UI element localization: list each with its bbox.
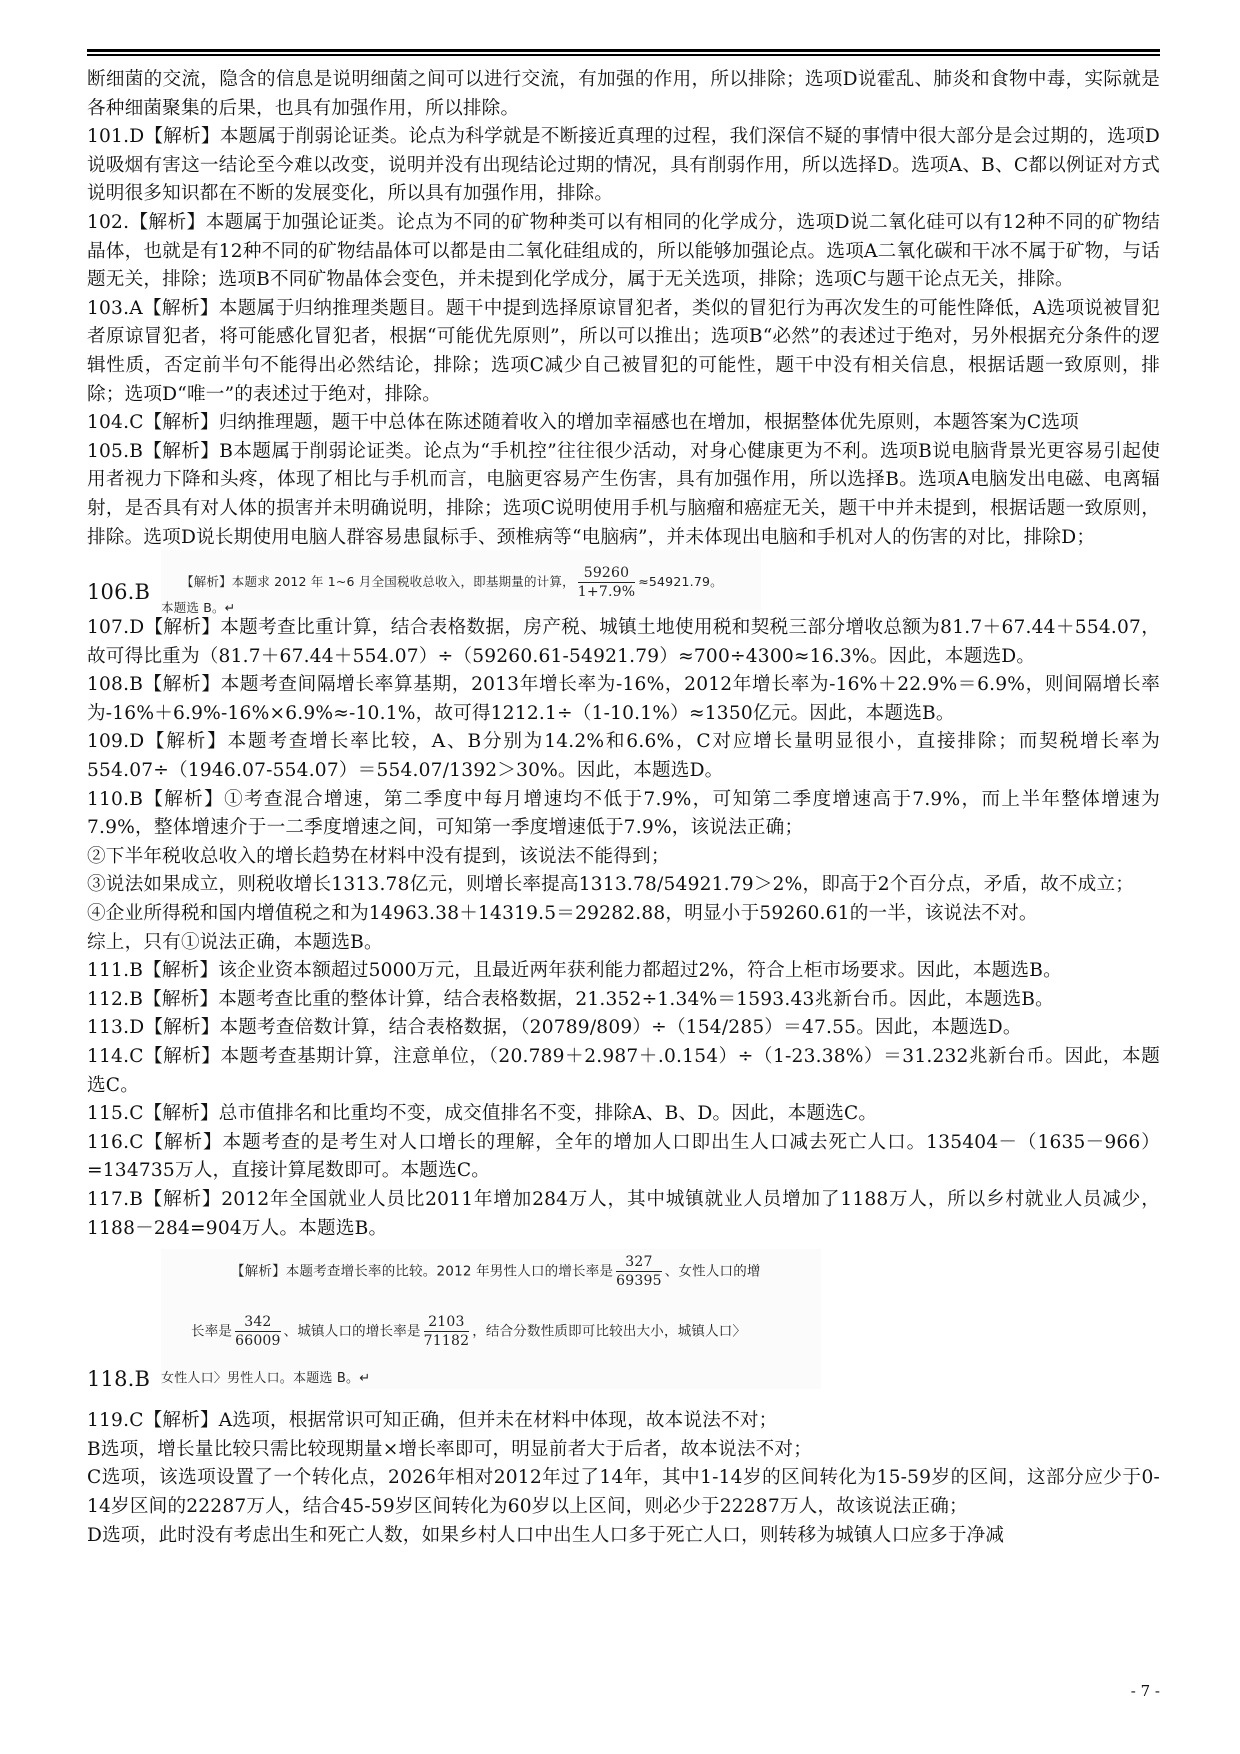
answer-118: 【解析】本题考查增长率的比较。2012 年男性人口的增长率是32769395、女… [87, 1249, 1160, 1399]
fraction-denominator: 66009 [235, 1332, 281, 1350]
embedded-image-106: 【解析】本题求 2012 年 1~6 月全国税收总收入，即基期量的计算，5926… [161, 550, 761, 610]
header-rule-thin [87, 54, 1160, 56]
fraction-numerator: 2103 [424, 1313, 470, 1332]
image-118-text: 长率是 [191, 1324, 232, 1340]
fraction-denominator: 71182 [424, 1332, 470, 1350]
fraction: 592601+7.9% [578, 564, 635, 601]
paragraph-continuation: 断细菌的交流，隐含的信息是说明细菌之间可以进行交流，有加强的作用，所以排除；选项… [87, 66, 1160, 123]
document-body: 断细菌的交流，隐含的信息是说明细菌之间可以进行交流，有加强的作用，所以排除；选项… [87, 66, 1160, 1550]
fraction: 32769395 [616, 1253, 662, 1290]
header-rule-thick [87, 49, 1160, 52]
image-118-text: 【解析】本题考查增长率的比较。2012 年男性人口的增长率是 [231, 1264, 613, 1280]
answer-117: 117.B【解析】2012年全国就业人员比2011年增加284万人，其中城镇就业… [87, 1186, 1160, 1243]
fraction-denominator: 69395 [616, 1272, 662, 1290]
answer-119-option-d: D选项，此时没有考虑出生和死亡人数，如果乡村人口中出生人口多于死亡人口，则转移为… [87, 1522, 1160, 1551]
answer-110-point-2: ②下半年税收总收入的增长趋势在材料中没有提到，该说法不能得到； [87, 843, 1160, 872]
image-118-row-1: 【解析】本题考查增长率的比较。2012 年男性人口的增长率是32769395、女… [231, 1253, 761, 1290]
image-118-text: 、女性人口的增 [665, 1264, 761, 1280]
answer-116: 116.C【解析】本题考查的是考生对人口增长的理解，全年的增加人口即出生人口减去… [87, 1129, 1160, 1186]
fraction: 34266009 [235, 1313, 281, 1350]
image-118-row-3: 女性人口〉男性人口。本题选 B。↵ [161, 1365, 370, 1394]
image-106-line2: 本题选 B。↵ [161, 594, 235, 623]
image-118-text: ，结合分数性质即可比较出大小，城镇人口〉 [472, 1324, 746, 1340]
fraction-numerator: 327 [616, 1253, 662, 1272]
answer-102: 102.【解析】本题属于加强论证类。论点为不同的矿物种类可以有相同的化学成分，选… [87, 209, 1160, 295]
answer-112: 112.B【解析】本题考查比重的整体计算，结合表格数据，21.352÷1.34%… [87, 986, 1160, 1015]
fraction: 210371182 [424, 1313, 470, 1350]
answer-106: 【解析】本题求 2012 年 1~6 月全国税收总收入，即基期量的计算，5926… [87, 556, 1160, 600]
answer-111: 111.B【解析】该企业资本额超过5000万元，且最近两年获利能力都超过2%，符… [87, 957, 1160, 986]
fraction-denominator: 1+7.9% [578, 583, 635, 601]
answer-119: 119.C【解析】A选项，根据常识可知正确，但并未在材料中体现，故本说法不对； [87, 1407, 1160, 1436]
fraction-numerator: 59260 [578, 564, 635, 583]
fraction-numerator: 342 [235, 1313, 281, 1332]
answer-106-number: 106.B [87, 578, 150, 607]
answer-118-number: 118.B [87, 1365, 150, 1394]
header-double-rule [87, 49, 1160, 57]
answer-101: 101.D【解析】本题属于削弱论证类。论点为科学就是不断接近真理的过程，我们深信… [87, 123, 1160, 209]
answer-107: 107.D【解析】本题考查比重计算，结合表格数据，房产税、城镇土地使用税和契税三… [87, 614, 1160, 671]
image-118-text: 、城镇人口的增长率是 [284, 1324, 421, 1340]
answer-119-option-b: B选项，增长量比较只需比较现期量×增长率即可，明显前者大于后者，故本说法不对； [87, 1436, 1160, 1465]
image-106-text: 【解析】本题求 2012 年 1~6 月全国税收总收入，即基期量的计算， [181, 574, 575, 589]
answer-110-point-4: ④企业所得税和国内增值税之和为14963.38＋14319.5＝29282.88… [87, 900, 1160, 929]
image-106-formula-line: 【解析】本题求 2012 年 1~6 月全国税收总收入，即基期量的计算，5926… [181, 564, 723, 601]
answer-109: 109.D【解析】本题考查增长率比较，A、B分别为14.2%和6.6%，C对应增… [87, 728, 1160, 785]
image-106-result: ≈54921.79。 [638, 574, 723, 589]
image-118-row-2: 长率是34266009、城镇人口的增长率是210371182，结合分数性质即可比… [191, 1313, 746, 1350]
answer-110-point-3: ③说法如果成立，则税收增长1313.78亿元，则增长率提高1313.78/549… [87, 871, 1160, 900]
answer-110: 110.B【解析】①考查混合增速，第二季度中每月增速均不低于7.9%，可知第二季… [87, 786, 1160, 843]
answer-119-option-c: C选项，该选项设置了一个转化点，2026年相对2012年过了14年，其中1-14… [87, 1464, 1160, 1521]
answer-108: 108.B【解析】本题考查间隔增长率算基期，2013年增长率为-16%，2012… [87, 671, 1160, 728]
answer-114: 114.C【解析】本题考查基期计算，注意单位，（20.789＋2.987＋.0.… [87, 1043, 1160, 1100]
answer-103: 103.A【解析】本题属于归纳推理类题目。题干中提到选择原谅冒犯者，类似的冒犯行… [87, 295, 1160, 409]
answer-110-summary: 综上，只有①说法正确，本题选B。 [87, 929, 1160, 958]
answer-105: 105.B【解析】B本题属于削弱论证类。论点为“手机控”往往很少活动，对身心健康… [87, 438, 1160, 552]
answer-115: 115.C【解析】总市值排名和比重均不变，成交值排名不变，排除A、B、D。因此，… [87, 1100, 1160, 1129]
answer-113: 113.D【解析】本题考查倍数计算，结合表格数据，（20789/809）÷（15… [87, 1014, 1160, 1043]
page-number: - 7 - [1131, 1682, 1160, 1700]
answer-104: 104.C【解析】归纳推理题，题干中总体在陈述随着收入的增加幸福感也在增加，根据… [87, 409, 1160, 438]
embedded-image-118: 【解析】本题考查增长率的比较。2012 年男性人口的增长率是32769395、女… [161, 1249, 821, 1389]
